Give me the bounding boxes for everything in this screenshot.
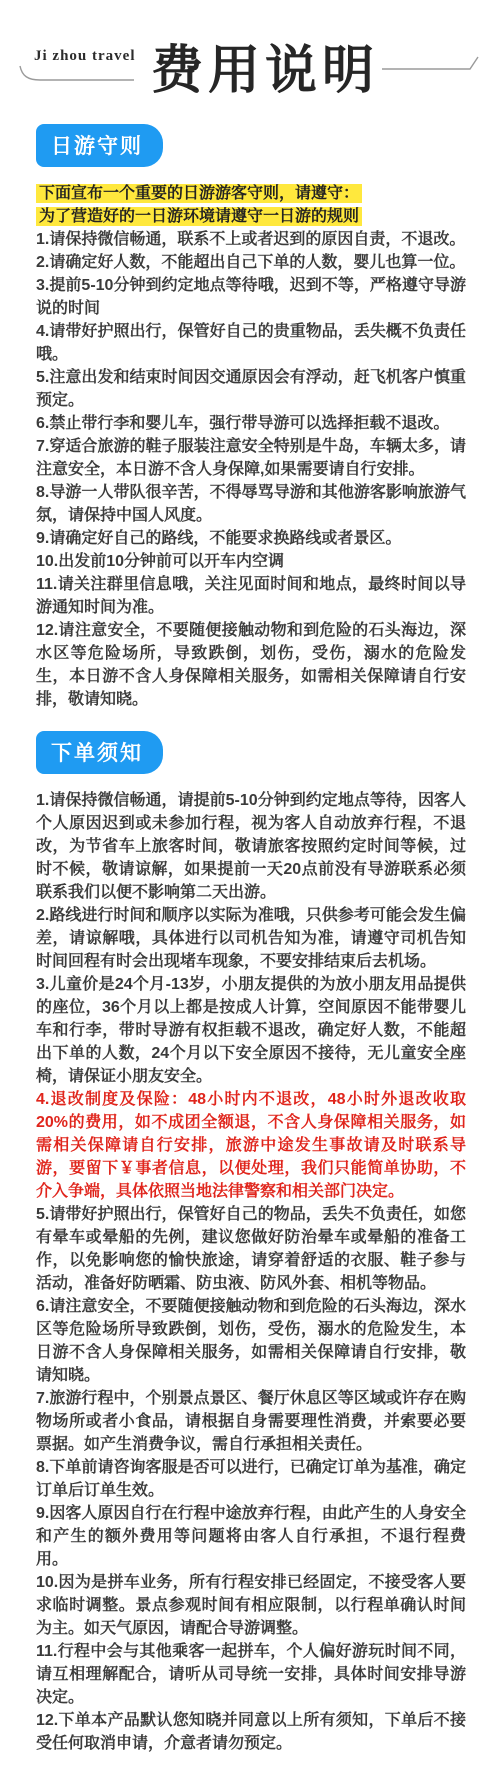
rule-item: 2.路线进行时间和顺序以实际为准哦，只供参考可能会发生偏差，请谅解哦，具体进行以…: [36, 904, 466, 973]
rule-item: 4.请带好护照出行，保管好自己的贵重物品，丢失概不负责任哦。: [36, 320, 466, 366]
rule-item: 7.旅游行程中，个别景点景区、餐厅休息区等区域或许存在购物场所或者小食品，请根据…: [36, 1387, 466, 1456]
section-badge-day-tour-rules: 日游守则: [36, 124, 163, 167]
rule-item: 2.请确定好人数，不能超出自己下单的人数，婴儿也算一位。: [36, 251, 466, 274]
rule-item: 5.注意出发和结束时间因交通原因会有浮动，赶飞机客户慎重预定。: [36, 366, 466, 412]
day-tour-rules-list: 下面宣布一个重要的日游游客守则，请遵守：为了营造好的一日游环境请遵守一日游的规则…: [0, 182, 500, 711]
page-header: Ji zhou travel 费用说明: [0, 0, 500, 112]
rule-item: 6.禁止带行李和婴儿车，强行带导游可以选择拒载不退改。: [36, 412, 466, 435]
rule-item: 3.儿童价是24个月-13岁，小朋友提供的为放小朋友用品提供的座位，36个月以上…: [36, 973, 466, 1088]
rule-item: 9.请确定好自己的路线，不能要求换路线或者景区。: [36, 527, 466, 550]
highlight-text: 下面宣布一个重要的日游游客守则，请遵守：: [36, 184, 362, 203]
title-tail-decoration: [382, 52, 482, 78]
rule-item: 8.下单前请咨询客服是否可以进行，已确定订单为基准，确定订单后订单生效。: [36, 1456, 466, 1502]
rule-item: 7.穿适合旅游的鞋子服装注意安全特别是牛岛，车辆太多，请注意安全，本日游不含人身…: [36, 435, 466, 481]
rule-item: 10.因为是拼车业务，所有行程安排已经固定，不接受客人要求临时调整。景点参观时间…: [36, 1571, 466, 1640]
highlight-line: 为了营造好的一日游环境请遵守一日游的规则: [36, 205, 466, 228]
rule-item: 8.导游一人带队很辛苦，不得辱骂导游和其他游客影响旅游气氛，请保持中国人风度。: [36, 481, 466, 527]
rule-item: 4.退改制度及保险：48小时内不退改，48小时外退改收取20%的费用，如不成团全…: [36, 1088, 466, 1203]
order-notes-list: 1.请保持微信畅通，请提前5-10分钟到约定地点等待，因客人个人原因迟到或未参加…: [0, 789, 500, 1755]
rule-item: 10.出发前10分钟前可以开车内空调: [36, 550, 466, 573]
section-badge-order-notes: 下单须知: [36, 731, 163, 774]
rule-item: 9.因客人原因自行在行程中途放弃行程，由此产生的人身安全和产生的额外费用等问题将…: [36, 1502, 466, 1571]
section-order-notes: 下单须知 1.请保持微信畅通，请提前5-10分钟到约定地点等待，因客人个人原因迟…: [0, 731, 500, 1755]
highlight-text: 为了营造好的一日游环境请遵守一日游的规则: [36, 207, 362, 226]
rule-item: 11.行程中会与其他乘客一起拼车，个人偏好游玩时间不同，请互相理解配合，请听从司…: [36, 1640, 466, 1709]
rule-item: 1.请保持微信畅通，请提前5-10分钟到约定地点等待，因客人个人原因迟到或未参加…: [36, 789, 466, 904]
highlight-line: 下面宣布一个重要的日游游客守则，请遵守：: [36, 182, 466, 205]
rule-item: 5.请带好护照出行，保管好自己的物品，丢失不负责任，如您有晕车或晕船的先例，建议…: [36, 1203, 466, 1295]
rule-item: 3.提前5-10分钟到约定地点等待哦，迟到不等，严格遵守导游说的时间: [36, 274, 466, 320]
rule-item: 11.请关注群里信息哦，关注见面时间和地点，最终时间以导游通知时间为准。: [36, 573, 466, 619]
rule-item: 6.请注意安全，不要随便接触动物和到危险的石头海边，深水区等危险场所导致跌倒，划…: [36, 1295, 466, 1387]
fee-notice-page: Ji zhou travel 费用说明 日游守则 下面宣布一个重要的日游游客守则…: [0, 0, 500, 1773]
rule-item: 12.下单本产品默认您知晓并同意以上所有须知，下单后不接受任何取消申请，介意者请…: [36, 1709, 466, 1755]
section-day-tour-rules: 日游守则 下面宣布一个重要的日游游客守则，请遵守：为了营造好的一日游环境请遵守一…: [0, 124, 500, 711]
rule-item: 1.请保持微信畅通，联系不上或者迟到的原因自责，不退改。: [36, 228, 466, 251]
rule-item: 12.请注意安全，不要随便接触动物和到危险的石头海边，深水区等危险场所，导致跌倒…: [36, 619, 466, 711]
